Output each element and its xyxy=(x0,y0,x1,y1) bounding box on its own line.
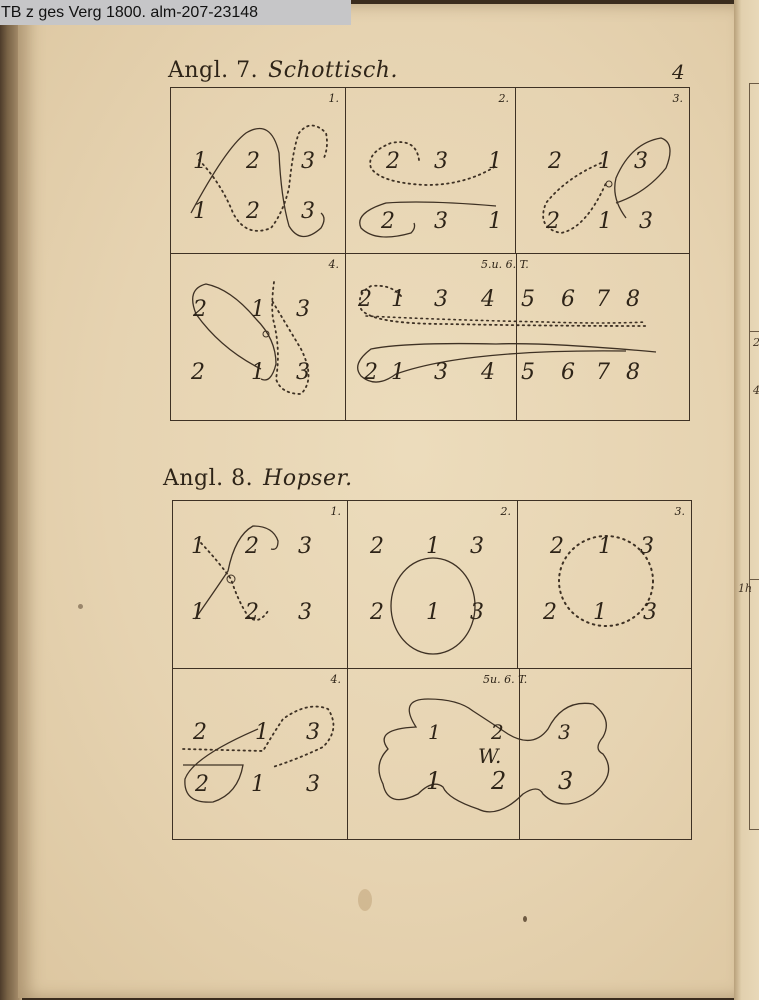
paper-speck xyxy=(78,604,83,609)
svg-text:2: 2 xyxy=(490,767,506,795)
svg-text:5: 5 xyxy=(521,360,535,385)
section-heading-angl-7: Angl. 7.Schottisch. xyxy=(168,58,398,83)
svg-text:2: 2 xyxy=(244,534,259,559)
heading-title: Hopser. xyxy=(263,466,352,491)
svg-text:2: 2 xyxy=(245,149,260,174)
figure-cell-2: 2. 2 3 1 2 3 1 xyxy=(346,88,516,254)
section-heading-angl-8: Angl. 8.Hopser. xyxy=(163,466,353,491)
svg-text:3: 3 xyxy=(434,149,448,174)
figure-path-diagram: 2 1 3 2 1 3 xyxy=(518,501,691,669)
next-page-grid: 2 4 1h xyxy=(749,83,759,830)
svg-text:2: 2 xyxy=(545,209,560,234)
svg-text:3: 3 xyxy=(634,149,648,174)
svg-text:1: 1 xyxy=(426,600,440,625)
svg-text:1: 1 xyxy=(193,149,207,174)
svg-text:3: 3 xyxy=(434,209,448,234)
figure-cell-4: 4. 2 1 3 2 1 3 xyxy=(171,254,346,420)
svg-text:2: 2 xyxy=(192,720,207,745)
heading-prefix: Angl. 8. xyxy=(163,466,253,491)
svg-text:2: 2 xyxy=(357,287,372,312)
figure-path-diagram: 1 2 3 1 2 3 xyxy=(171,88,346,254)
svg-text:8: 8 xyxy=(626,360,640,385)
next-page-fragment: 2 xyxy=(753,336,759,349)
svg-text:3: 3 xyxy=(301,199,315,224)
figure-path-diagram: 2 1 3 2 1 3 xyxy=(171,254,346,420)
svg-text:1: 1 xyxy=(191,600,205,625)
svg-text:3: 3 xyxy=(306,772,320,797)
svg-text:1: 1 xyxy=(191,534,205,559)
svg-text:3: 3 xyxy=(296,297,310,322)
next-page-fragment: 4 xyxy=(753,384,759,397)
svg-text:3: 3 xyxy=(434,360,448,385)
svg-text:4: 4 xyxy=(480,287,495,312)
svg-text:W.: W. xyxy=(478,744,501,768)
svg-text:1: 1 xyxy=(251,772,265,797)
figure-path-diagram: 1 2 3 1 2 3 xyxy=(173,501,348,669)
svg-text:2: 2 xyxy=(363,360,378,385)
svg-text:1: 1 xyxy=(255,720,269,745)
svg-text:1: 1 xyxy=(426,767,441,795)
svg-text:3: 3 xyxy=(306,720,320,745)
figure-cell-5-6: 5u. 6. T. 1 2 3 1 2 3 W. xyxy=(348,669,691,839)
svg-text:1: 1 xyxy=(598,209,612,234)
next-page-fragment: 1h xyxy=(738,582,752,595)
svg-text:2: 2 xyxy=(190,360,205,385)
svg-text:3: 3 xyxy=(643,600,657,625)
svg-text:7: 7 xyxy=(596,360,610,385)
figure-cell-4: 4. 2 1 3 2 1 3 xyxy=(173,669,348,839)
svg-text:1: 1 xyxy=(598,149,612,174)
svg-text:3: 3 xyxy=(558,767,573,795)
svg-text:8: 8 xyxy=(626,287,640,312)
svg-text:1: 1 xyxy=(251,360,265,385)
svg-text:1: 1 xyxy=(391,287,405,312)
paper-speck xyxy=(523,916,527,922)
figure-cell-5-6: 5.u. 6. T. 2 1 3 4 5 6 7 8 2 1 3 4 5 6 7… xyxy=(346,254,689,420)
figure-cell-1: 1. 1 2 3 1 2 3 xyxy=(171,88,346,254)
svg-text:1: 1 xyxy=(593,600,607,625)
svg-text:4: 4 xyxy=(480,360,495,385)
figure-path-diagram: 2 3 1 2 3 1 xyxy=(346,88,516,254)
heading-prefix: Angl. 7. xyxy=(168,58,258,83)
svg-text:6: 6 xyxy=(561,360,575,385)
figure-cell-3: 3. 2 1 3 2 1 3 xyxy=(518,501,691,669)
svg-text:7: 7 xyxy=(596,287,610,312)
svg-text:2: 2 xyxy=(490,720,504,744)
svg-text:1: 1 xyxy=(251,297,265,322)
svg-text:3: 3 xyxy=(558,720,571,744)
svg-text:2: 2 xyxy=(369,600,384,625)
svg-text:3: 3 xyxy=(296,360,310,385)
svg-text:1: 1 xyxy=(391,360,405,385)
figure-cell-2: 2. 2 1 3 2 1 3 xyxy=(348,501,518,669)
figure-path-diagram: 2 1 3 2 1 3 xyxy=(348,501,518,669)
svg-text:2: 2 xyxy=(385,149,400,174)
svg-text:3: 3 xyxy=(470,534,484,559)
svg-text:1: 1 xyxy=(428,720,441,744)
svg-text:3: 3 xyxy=(301,149,315,174)
svg-text:1: 1 xyxy=(488,209,502,234)
svg-text:2: 2 xyxy=(369,534,384,559)
image-caption: TB z ges Verg 1800. alm-207-23148 xyxy=(0,0,351,25)
figure-cell-1: 1. 1 2 3 1 2 3 xyxy=(173,501,348,669)
svg-text:2: 2 xyxy=(245,199,260,224)
svg-text:2: 2 xyxy=(194,772,209,797)
page-number: 4 xyxy=(672,60,685,84)
svg-text:2: 2 xyxy=(542,600,557,625)
paper-stain xyxy=(358,889,372,911)
svg-text:2: 2 xyxy=(192,297,207,322)
svg-text:3: 3 xyxy=(434,287,448,312)
svg-text:6: 6 xyxy=(561,287,575,312)
figure-path-diagram: 2 1 3 2 1 3 xyxy=(516,88,689,254)
svg-text:1: 1 xyxy=(598,534,612,559)
svg-text:1: 1 xyxy=(193,199,207,224)
figure-grid-angl-7: 1. 1 2 3 1 2 3 2. 2 3 1 2 3 1 3. xyxy=(170,87,690,421)
svg-text:3: 3 xyxy=(470,600,484,625)
figure-cell-3: 3. 2 1 3 2 1 3 xyxy=(516,88,689,254)
figure-grid-angl-8: 1. 1 2 3 1 2 3 2. 2 1 3 2 1 3 3. 2 1 xyxy=(172,500,692,840)
figure-path-diagram: 2 1 3 4 5 6 7 8 2 1 3 4 5 6 7 8 xyxy=(346,254,689,420)
figure-path-diagram: 1 2 3 1 2 3 W. xyxy=(348,669,691,839)
svg-text:2: 2 xyxy=(547,149,562,174)
svg-text:3: 3 xyxy=(639,209,653,234)
svg-text:3: 3 xyxy=(298,534,312,559)
svg-text:3: 3 xyxy=(298,600,312,625)
svg-text:2: 2 xyxy=(244,600,259,625)
svg-text:2: 2 xyxy=(549,534,564,559)
figure-path-diagram: 2 1 3 2 1 3 xyxy=(173,669,348,839)
svg-text:1: 1 xyxy=(426,534,440,559)
svg-text:2: 2 xyxy=(380,209,395,234)
svg-text:1: 1 xyxy=(488,149,502,174)
svg-text:3: 3 xyxy=(640,534,654,559)
heading-title: Schottisch. xyxy=(268,58,398,83)
svg-text:5: 5 xyxy=(521,287,535,312)
